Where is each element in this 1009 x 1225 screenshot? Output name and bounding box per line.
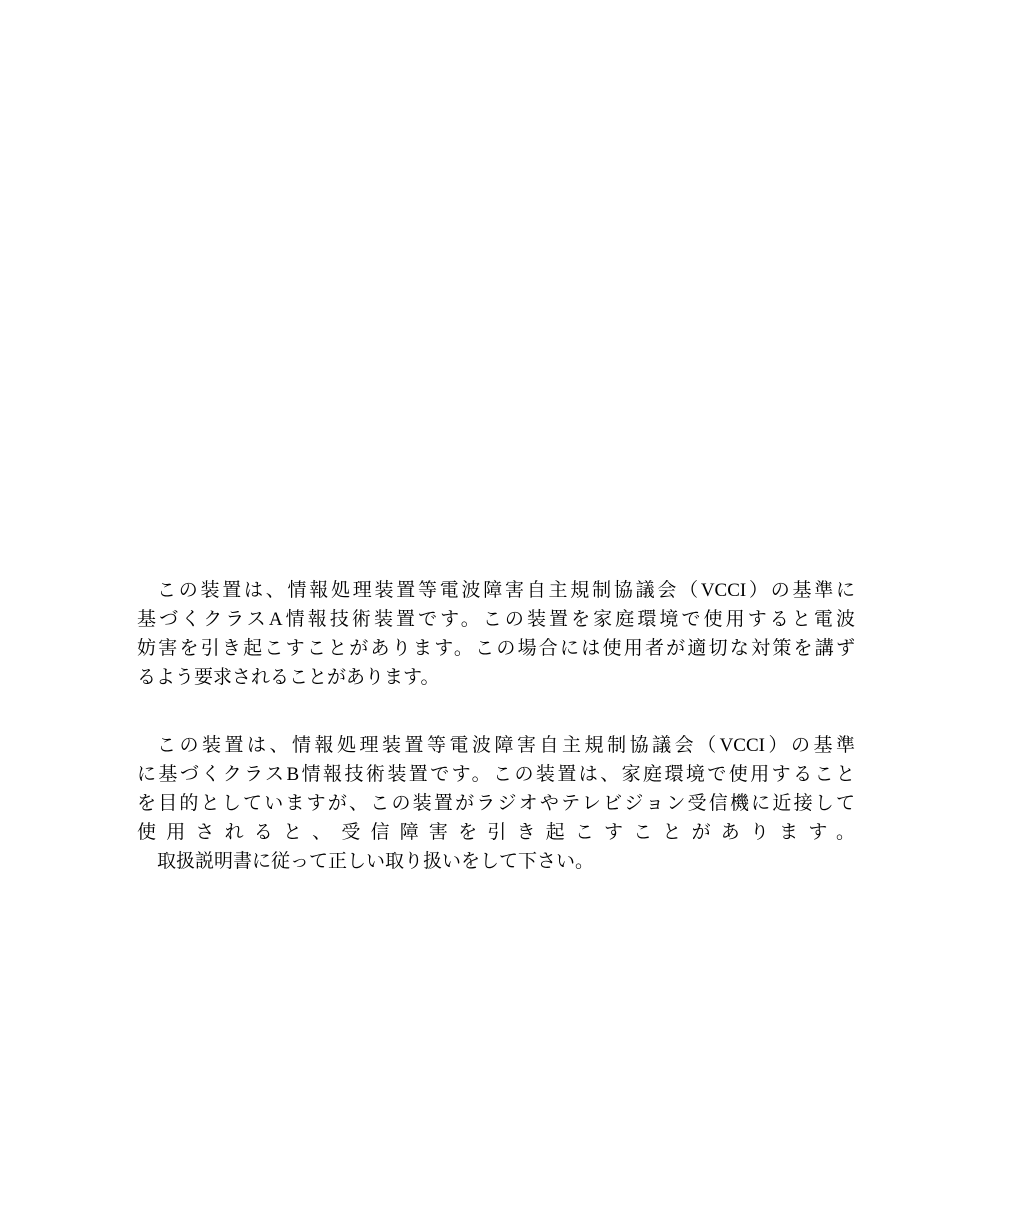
notice-a-line-4: るよう要求されることがあります。 xyxy=(137,663,855,692)
notice-b-line-1: この装置は、情報処理装置等電波障害自主規制協議会（VCCI）の基準 xyxy=(137,731,855,760)
notice-b-line-4: 使用されると、受信障害を引き起こすことがあります。 xyxy=(137,818,855,847)
vcci-class-b-notice: この装置は、情報処理装置等電波障害自主規制協議会（VCCI）の基準 に基づくクラ… xyxy=(137,731,855,876)
vcci-class-a-notice: この装置は、情報処理装置等電波障害自主規制協議会（VCCI）の基準に 基づくクラ… xyxy=(137,576,855,692)
notice-b-line-2: に基づくクラスB情報技術装置です。この装置は、家庭環境で使用すること xyxy=(137,760,855,789)
notice-b-line-3: を目的としていますが、この装置がラジオやテレビジョン受信機に近接して xyxy=(137,789,855,818)
notice-a-line-2: 基づくクラスA情報技術装置です。この装置を家庭環境で使用すると電波 xyxy=(137,605,855,634)
notice-a-line-1: この装置は、情報処理装置等電波障害自主規制協議会（VCCI）の基準に xyxy=(137,576,855,605)
notice-b-line-5: 取扱説明書に従って正しい取り扱いをして下さい。 xyxy=(137,847,855,876)
notice-a-line-3: 妨害を引き起こすことがあります。この場合には使用者が適切な対策を講ず xyxy=(137,634,855,663)
